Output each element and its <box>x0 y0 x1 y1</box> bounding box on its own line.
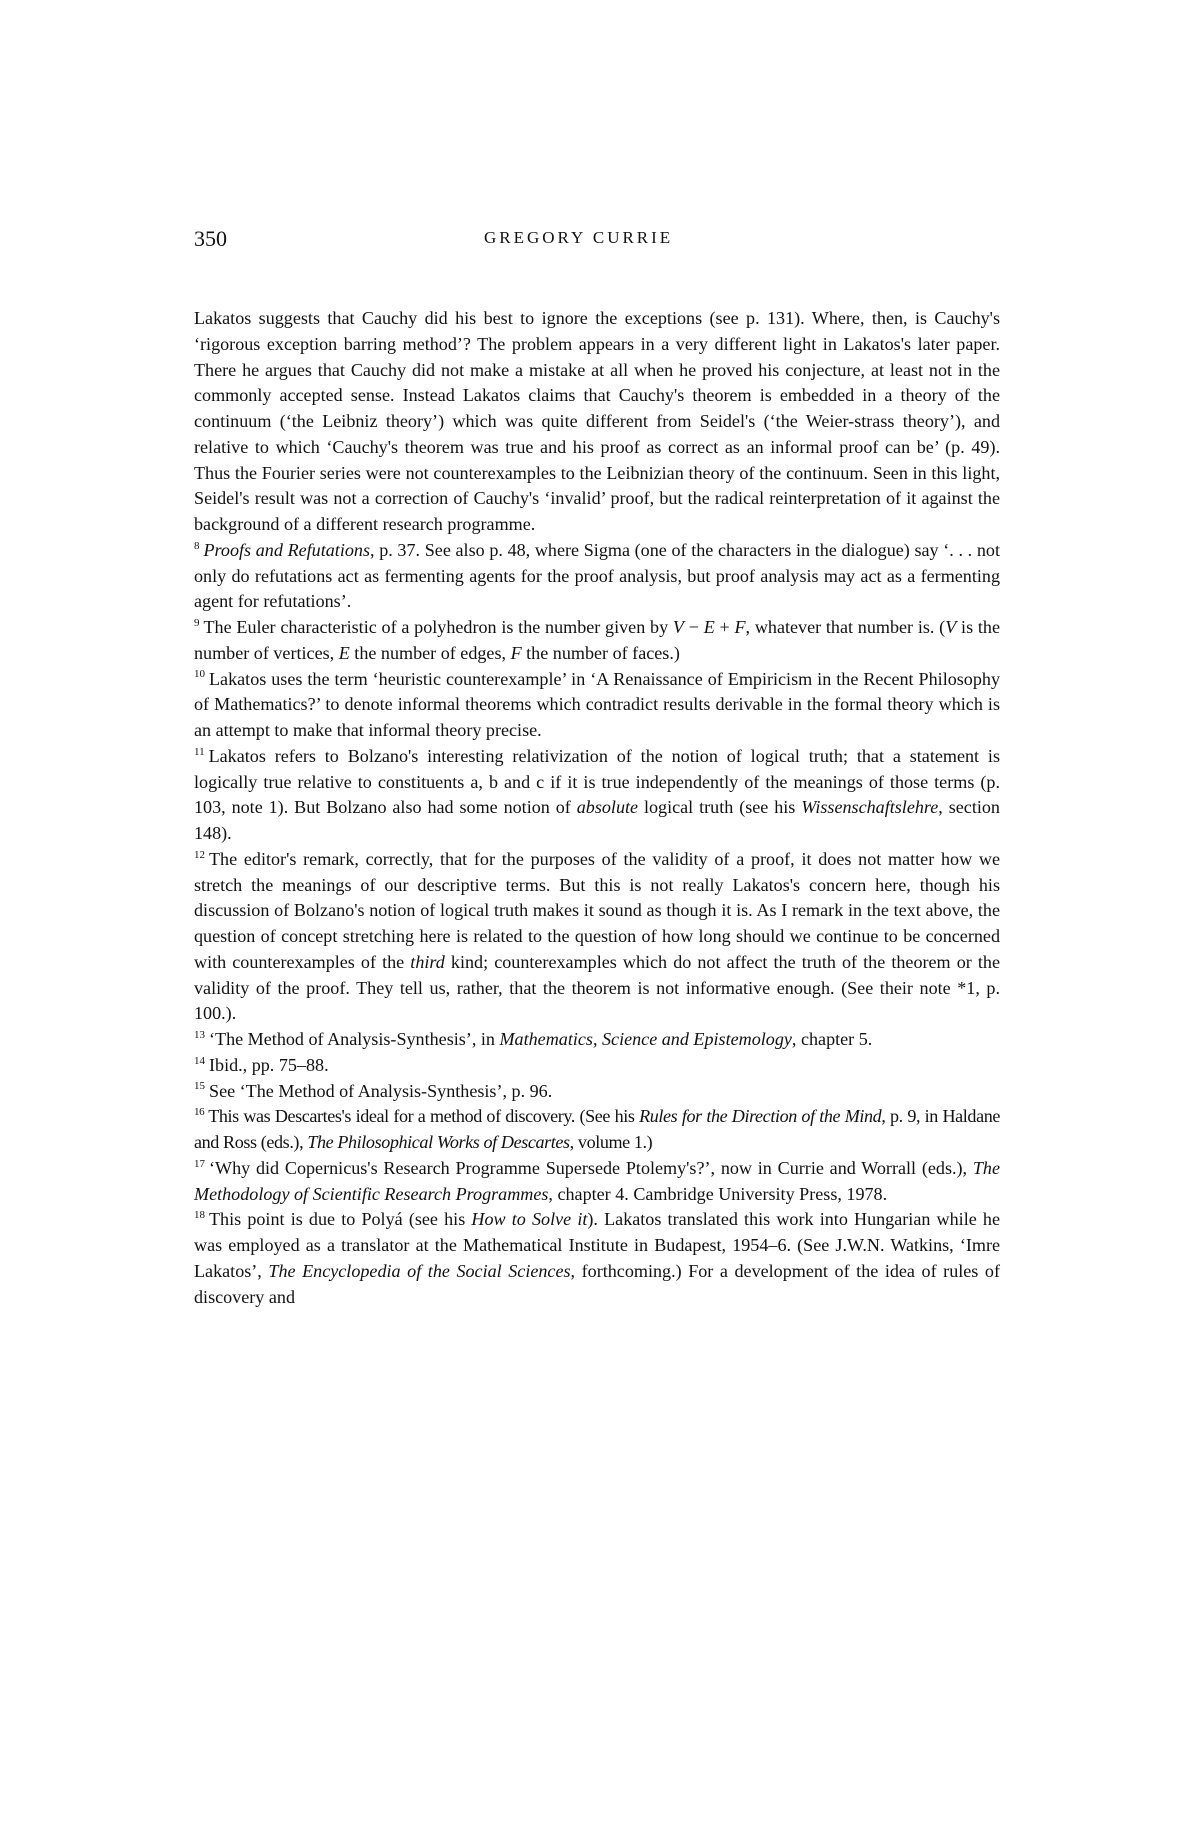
footnote-number: 8 <box>194 540 200 552</box>
footnote-number: 9 <box>194 617 200 629</box>
footnote-text: Ibid., pp. 75–88. <box>209 1055 329 1075</box>
math-var: F <box>734 617 745 637</box>
footnote-18: 18This point is due to Polyá (see his Ho… <box>194 1207 1000 1310</box>
footnote-text: ‘Why did Copernicus's Research Programme… <box>209 1158 973 1178</box>
footnote-text: , whatever that number is. ( <box>746 617 946 637</box>
emphasis: third <box>410 952 445 972</box>
footnote-number: 11 <box>194 746 205 758</box>
footnote-text: The Euler characteristic of a polyhedron… <box>204 617 673 637</box>
footnote-12: 12The editor's remark, correctly, that f… <box>194 847 1000 1027</box>
footnote-number: 10 <box>194 668 205 680</box>
page-number: 350 <box>194 226 227 252</box>
footnote-text: This point is due to Polyá (see his <box>209 1209 471 1229</box>
footnote-15: 15See ‘The Method of Analysis-Synthesis’… <box>194 1079 1000 1105</box>
work-title: The Philosophical Works of Descartes <box>307 1132 569 1152</box>
footnote-9: 9The Euler characteristic of a polyhedro… <box>194 615 1000 667</box>
footnote-text: This was Descartes's ideal for a method … <box>208 1106 639 1126</box>
footnote-number: 15 <box>194 1080 205 1092</box>
footnote-text: Lakatos uses the term ‘heuristic counter… <box>194 669 1000 741</box>
math-var: V <box>673 617 684 637</box>
footnote-text: , chapter 4. Cambridge University Press,… <box>548 1184 887 1204</box>
work-title: Rules for the Direction of the Mind <box>639 1106 881 1126</box>
footnote-number: 12 <box>194 849 205 861</box>
work-title: Mathematics, Science and Epistemology <box>499 1029 791 1049</box>
work-title: The Encyclopedia of the Social Sciences <box>268 1261 570 1281</box>
work-title: How to Solve it <box>471 1209 587 1229</box>
footnote-8: 8Proofs and Refutations, p. 37. See also… <box>194 538 1000 615</box>
work-title: Proofs and Refutations <box>204 540 371 560</box>
running-head: GREGORY CURRIE <box>484 228 673 248</box>
note-continuation: Lakatos suggests that Cauchy did his bes… <box>194 306 1000 538</box>
footnote-number: 14 <box>194 1055 205 1067</box>
footnote-number: 13 <box>194 1029 205 1041</box>
footnote-13: 13‘The Method of Analysis-Synthesis’, in… <box>194 1027 1000 1053</box>
footnote-text: ‘The Method of Analysis-Synthesis’, in <box>209 1029 499 1049</box>
math-var: E <box>704 617 715 637</box>
footnote-text: See ‘The Method of Analysis-Synthesis’, … <box>209 1081 552 1101</box>
footnote-text: the number of edges, <box>350 643 511 663</box>
notes-body: Lakatos suggests that Cauchy did his bes… <box>194 306 1000 1310</box>
math-var: E <box>339 643 350 663</box>
math-op: + <box>715 617 735 637</box>
footnote-16: 16This was Descartes's ideal for a metho… <box>194 1104 1000 1156</box>
work-title: Wissenschaftslehre <box>801 797 938 817</box>
footnote-text: logical truth (see his <box>638 797 801 817</box>
footnote-14: 14Ibid., pp. 75–88. <box>194 1053 1000 1079</box>
footnote-text: , volume 1.) <box>570 1132 653 1152</box>
math-var: V <box>945 617 956 637</box>
math-var: F <box>511 643 522 663</box>
footnote-number: 18 <box>194 1209 205 1221</box>
page-header: 350 GREGORY CURRIE <box>194 226 1000 256</box>
footnote-text: , chapter 5. <box>792 1029 872 1049</box>
footnote-text: the number of faces.) <box>522 643 680 663</box>
footnote-10: 10Lakatos uses the term ‘heuristic count… <box>194 667 1000 744</box>
math-op: − <box>684 617 704 637</box>
footnote-number: 16 <box>194 1106 204 1118</box>
emphasis: absolute <box>577 797 638 817</box>
footnote-11: 11Lakatos refers to Bolzano's interestin… <box>194 744 1000 847</box>
footnote-17: 17‘Why did Copernicus's Research Program… <box>194 1156 1000 1208</box>
footnote-number: 17 <box>194 1158 205 1170</box>
